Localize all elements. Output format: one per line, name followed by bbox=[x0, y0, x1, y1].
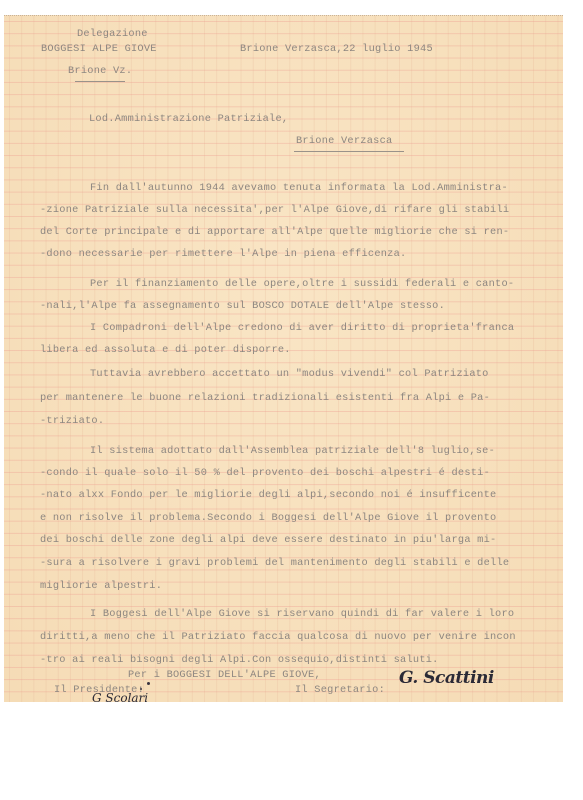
body-line: I Compadroni dell'Alpe credono di aver d… bbox=[90, 322, 514, 334]
ink-mark bbox=[147, 682, 150, 685]
body-line: -dono necessarie per rimettere l'Alpe in… bbox=[40, 248, 406, 260]
body-line: Tuttavia avrebbero accettato un "modus v… bbox=[90, 368, 489, 380]
sender-line-1: Delegazione bbox=[77, 28, 148, 40]
place-date: Brione Verzasca,22 luglio 1945 bbox=[240, 43, 433, 55]
body-line: -triziato. bbox=[40, 415, 104, 427]
secretary-label: Il Segretario: bbox=[295, 684, 385, 696]
body-line: libera ed assoluta e di poter disporre. bbox=[40, 344, 291, 356]
sender-line-3: Brione Vz. bbox=[68, 65, 132, 77]
secretary-signature: G. Scattini bbox=[399, 668, 494, 688]
closing-on-behalf: Per i BOGGESI DELL'ALPE GIOVE, bbox=[128, 669, 321, 681]
body-line: Per il finanziamento delle opere,oltre i… bbox=[90, 278, 514, 290]
recipient-line-2: Brione Verzasca bbox=[296, 135, 392, 147]
body-line: Fin dall'autunno 1944 avevamo tenuta inf… bbox=[90, 182, 508, 194]
body-line: e non risolve il problema.Secondo i Bogg… bbox=[40, 512, 496, 524]
sender-line-2: BOGGESI ALPE GIOVE bbox=[41, 43, 157, 55]
recipient-line-1: Lod.Amministrazione Patriziale, bbox=[89, 113, 288, 125]
body-line: -zione Patriziale sulla necessita',per l… bbox=[40, 204, 509, 216]
body-line: migliorie alpestri. bbox=[40, 580, 162, 592]
body-line: per mantenere le buone relazioni tradizi… bbox=[40, 392, 490, 404]
ink-mark bbox=[140, 688, 142, 690]
letter-paper: Delegazione BOGGESI ALPE GIOVE Brione Ve… bbox=[4, 15, 563, 702]
sender-underline bbox=[75, 81, 125, 82]
president-signature: G Scolari bbox=[92, 691, 148, 705]
recipient-underline bbox=[294, 151, 404, 152]
body-line: -nali,l'Alpe fa assegnamento sul BOSCO D… bbox=[40, 300, 445, 312]
body-line: dei boschi delle zone degli alpi deve es… bbox=[40, 534, 496, 546]
body-line: -nato alxx Fondo per le migliorie degli … bbox=[40, 489, 496, 501]
body-line: -tro ai reali bisogni degli Alpi.Con oss… bbox=[40, 654, 439, 666]
body-line: diritti,a meno che il Patriziato faccia … bbox=[40, 631, 516, 643]
body-line: -sura a risolvere i gravi problemi del m… bbox=[40, 557, 509, 569]
body-line: -condo il quale solo il 50 % del provent… bbox=[40, 467, 490, 479]
body-line: del Corte principale e di apportare all'… bbox=[40, 226, 509, 238]
body-line: I Boggesi dell'Alpe Giove si riservano q… bbox=[90, 608, 514, 620]
body-line: Il sistema adottato dall'Assemblea patri… bbox=[90, 445, 495, 457]
